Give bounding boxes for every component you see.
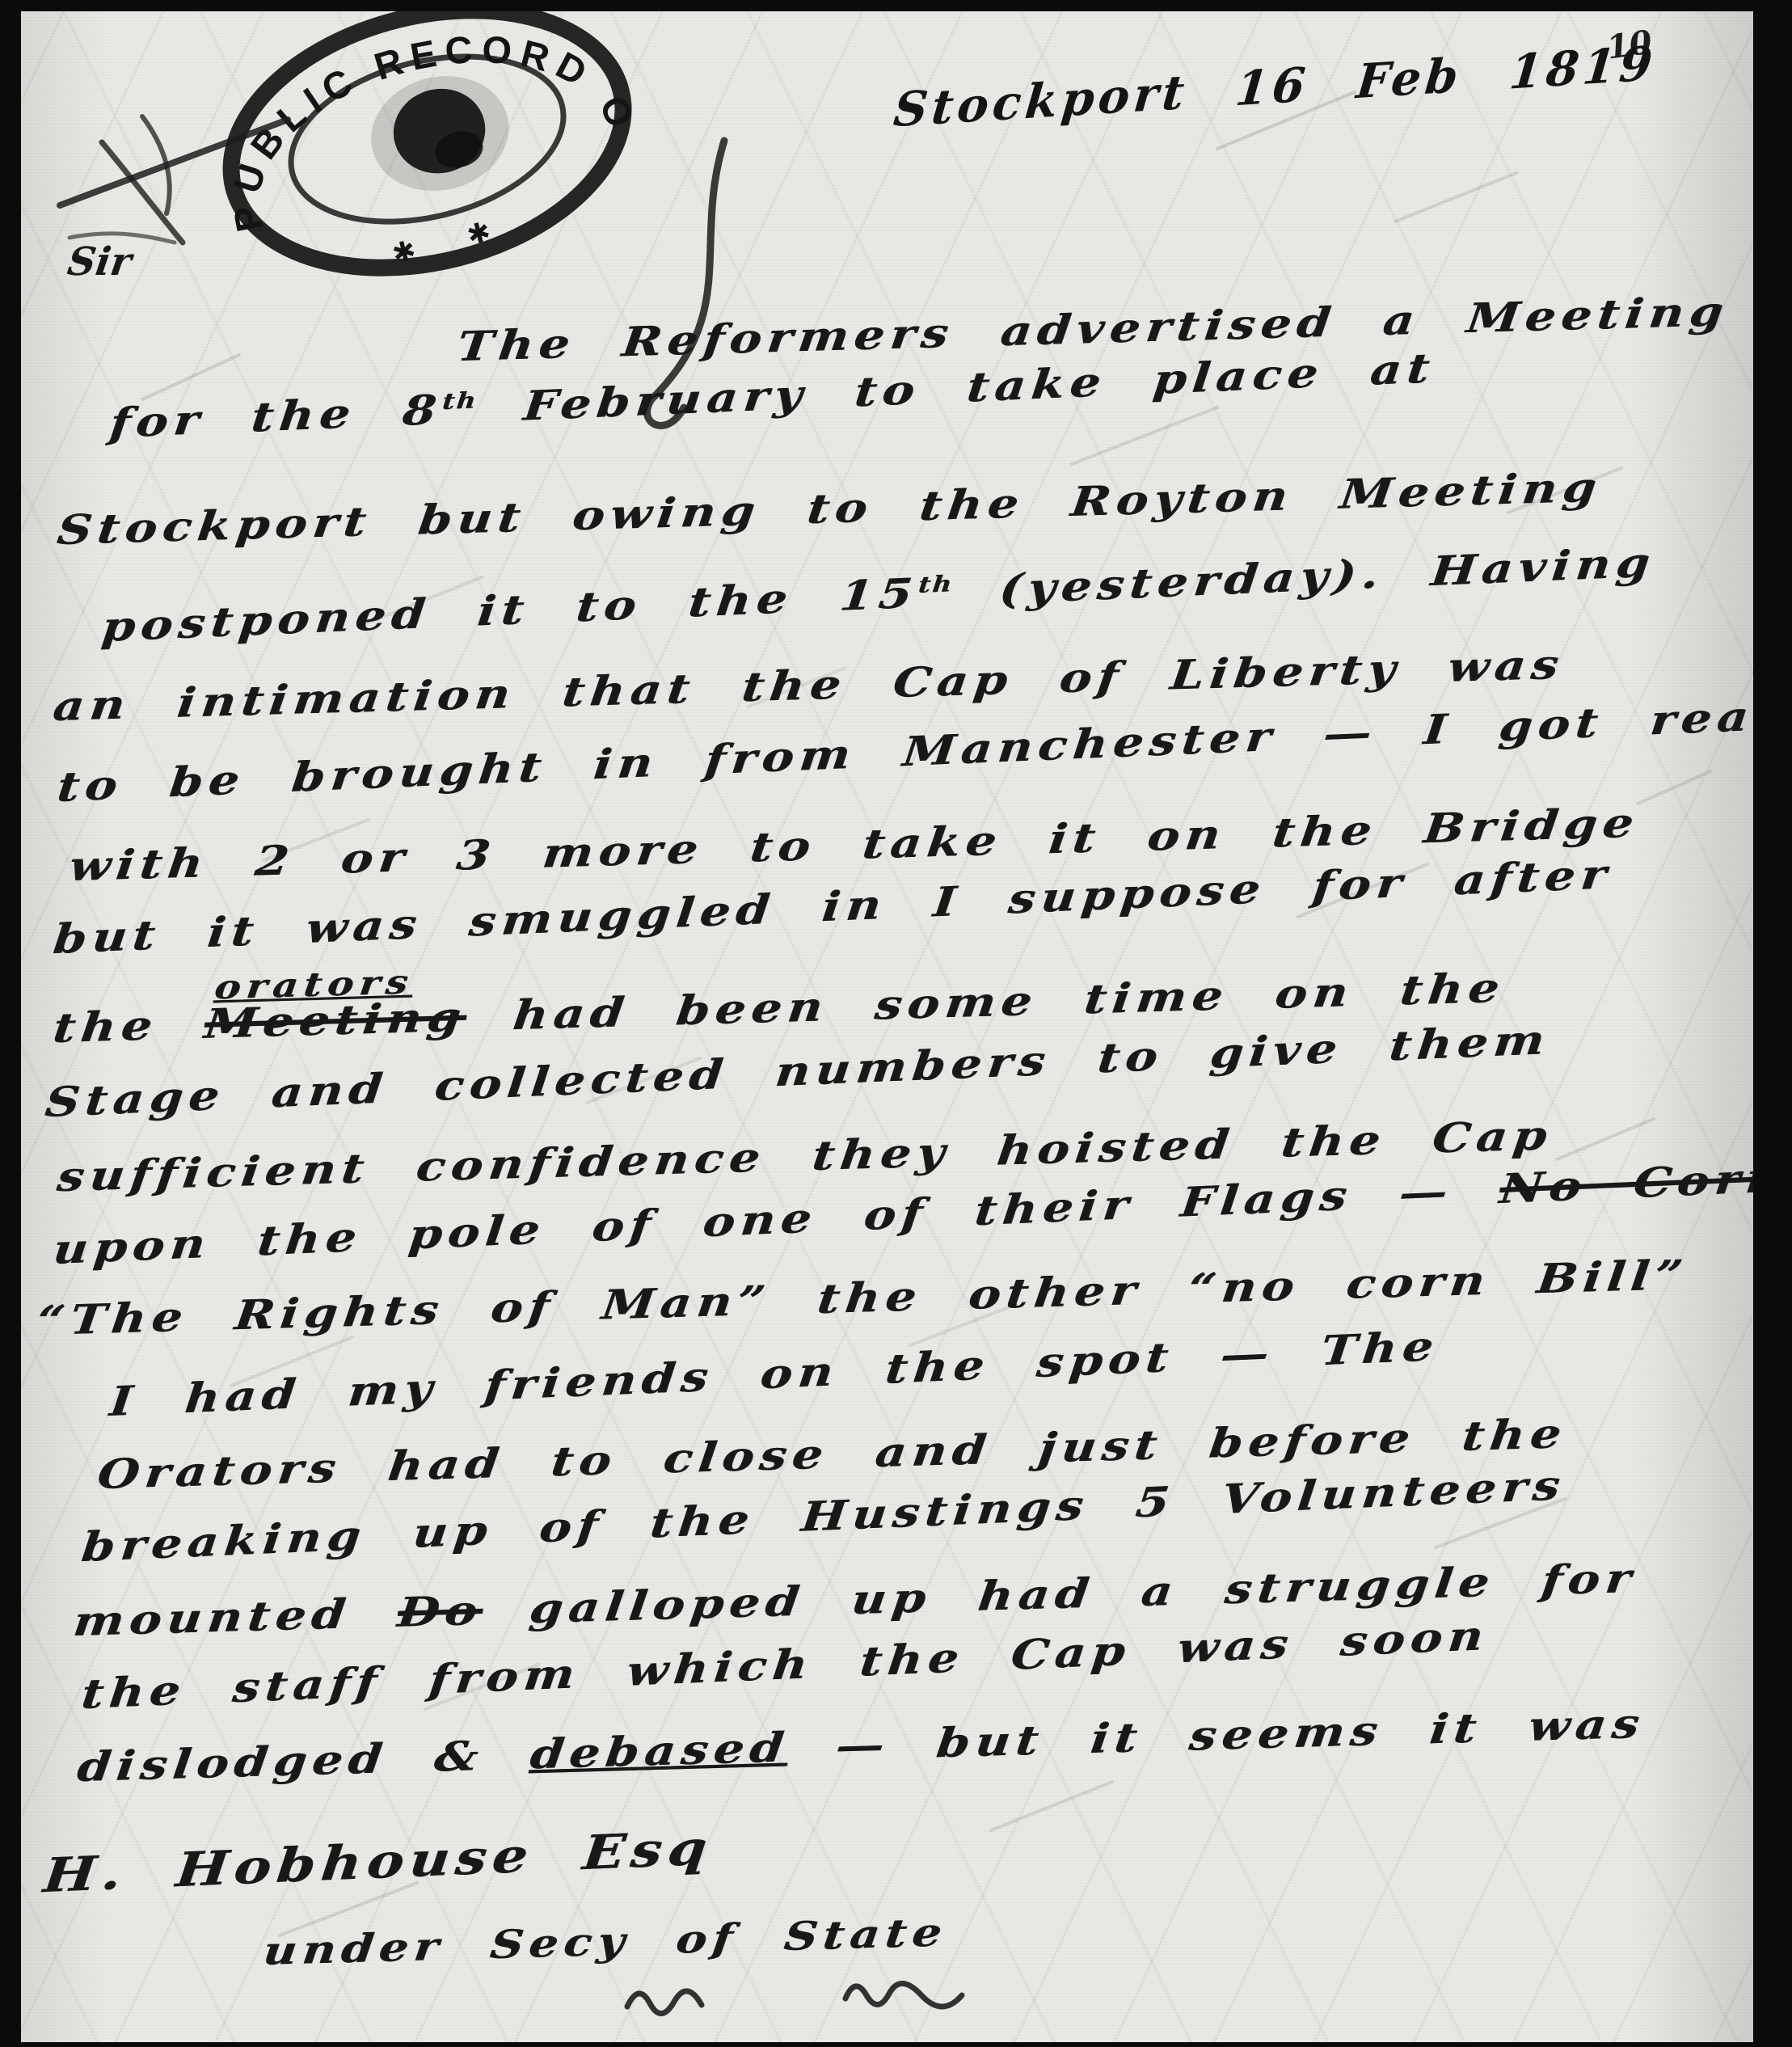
text-segment: Stockport but owing to the Royton Meetin… (55, 463, 1604, 555)
text-segment: the (51, 1000, 208, 1052)
text-segment: (yesterday). Having (950, 538, 1657, 615)
stamp-label: PUBLIC RECORD OFFICE (189, 11, 648, 247)
struck-word: No Corn (1498, 1153, 1753, 1213)
text-segment: under Secy of State (261, 1910, 950, 1974)
handwritten-line: “The Rights of Man” the other “no corn B… (35, 1251, 1691, 1344)
public-record-office-stamp: PUBLIC RECORD OFFICE ✱ ✱ (189, 11, 666, 286)
text-segment: dislodged & (75, 1730, 533, 1791)
trimmed-writing-marks (611, 1958, 1177, 2031)
text-segment: mounted (71, 1589, 401, 1645)
handwritten-line: H. Hobhouse Esq (41, 1820, 715, 1903)
text-segment: — but it seems it was (786, 1699, 1647, 1771)
text-segment: for the 8 (108, 386, 444, 448)
stamp-center-emblem (385, 79, 495, 183)
text-segment: I had my friends on the spot — The (108, 1322, 1441, 1425)
struck-word: Do (395, 1586, 486, 1636)
salutation: Sir (65, 239, 134, 285)
text-segment: th (441, 387, 479, 415)
text-segment: debased (528, 1723, 792, 1778)
text-segment: postponed it to the 15 (99, 569, 920, 652)
stamp-stars: ✱ ✱ (389, 209, 516, 271)
handwritten-line: I had my friends on the spot — The (108, 1322, 1441, 1425)
letter-paper: PUBLIC RECORD OFFICE ✱ ✱ 10 Stockport 16… (21, 11, 1753, 2042)
handwritten-line: under Secy of State (261, 1910, 950, 1974)
dateline: Stockport 16 Feb 1819 (892, 36, 1659, 137)
handwritten-line: postponed it to the 15th (yesterday). Ha… (99, 538, 1658, 651)
text-segment: H. Hobhouse Esq (41, 1820, 715, 1903)
handwritten-line: dislodged & debased — but it seems it wa… (75, 1699, 1648, 1791)
scanned-letter-page: PUBLIC RECORD OFFICE ✱ ✱ 10 Stockport 16… (0, 0, 1792, 2047)
text-segment: th (917, 571, 955, 598)
stamp-center-halo (359, 61, 521, 205)
text-segment: “The Rights of Man” the other “no corn B… (35, 1251, 1691, 1344)
handwritten-line: Stockport but owing to the Royton Meetin… (55, 463, 1604, 555)
inserted-word: orators (213, 963, 416, 1007)
